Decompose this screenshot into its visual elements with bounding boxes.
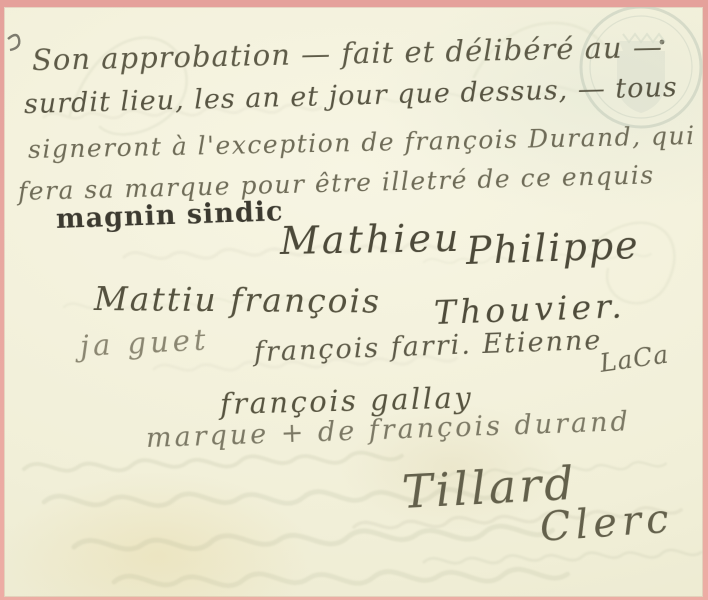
- ink-blot: [8, 35, 19, 50]
- signature-ja-guet: ja guet: [79, 322, 210, 363]
- signature-mattiu-francois: Mattiu françois: [94, 279, 381, 321]
- signature-clerc: Clerc: [538, 496, 674, 551]
- scanned-document: Son approbation — fait et délibéré au — …: [0, 0, 708, 600]
- signature-mathieu: Mathieu: [280, 216, 462, 263]
- signature-philippe: Philippe: [465, 223, 640, 273]
- manuscript-page: Son approbation — fait et délibéré au — …: [4, 7, 703, 597]
